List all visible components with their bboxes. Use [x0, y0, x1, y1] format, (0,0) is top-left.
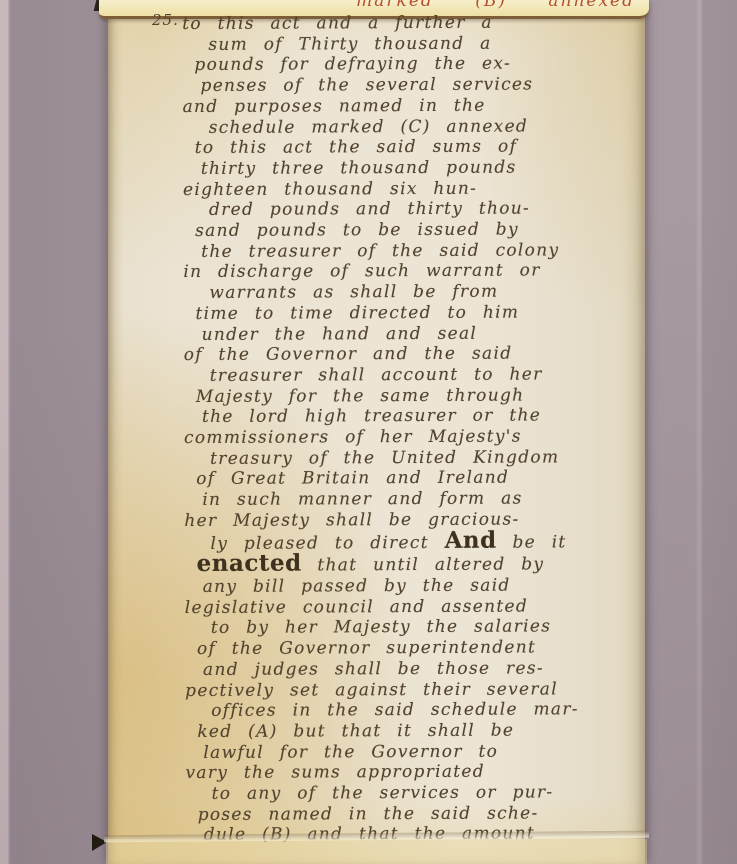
- manuscript-line: the lord high treasurer or the: [202, 405, 646, 428]
- manuscript-line: commissioners of her Majesty's: [184, 426, 646, 449]
- manuscript-line: to by her Majesty the salaries: [211, 616, 647, 639]
- manuscript-line: and purposes named in the: [183, 95, 645, 118]
- manuscript-line: treasurer shall account to her: [210, 364, 646, 387]
- manuscript-line: vary the sums appropriated: [185, 761, 647, 784]
- manuscript-line: to this act the said sums of: [195, 136, 645, 159]
- section-number: 25.: [152, 11, 179, 29]
- manuscript-text: to this act and a further asum of Thirty…: [182, 12, 648, 850]
- manuscript-line: pounds for defraying the ex-: [194, 53, 644, 76]
- manuscript-line: of the Governor superintendent: [197, 637, 647, 660]
- manuscript-line: ked (A) but that it shall be: [197, 720, 647, 743]
- manuscript-line: of Great Britain and Ireland: [196, 467, 646, 490]
- manuscript-line: time to time directed to him: [195, 302, 645, 325]
- manuscript-line: any bill passed by the said: [203, 575, 647, 598]
- manuscript-line: warrants as shall be from: [209, 281, 645, 304]
- manuscript-line: thirty three thousand pounds: [201, 157, 645, 180]
- manuscript-line: of the Governor and the said: [184, 343, 646, 366]
- manuscript-line: and judges shall be those res-: [203, 658, 647, 681]
- manuscript-line: penses of the several services: [200, 74, 644, 97]
- emphasized-word: enacted: [197, 550, 302, 577]
- manuscript-line: eighteen thousand six hun-: [183, 178, 645, 201]
- manuscript-line: pectively set against their several: [185, 678, 647, 701]
- manuscript-line: treasury of the United Kingdom: [210, 447, 646, 470]
- manuscript-line: sand pounds to be issued by: [195, 219, 645, 242]
- manuscript-line: to this act and a further a: [182, 12, 644, 35]
- manuscript-line: lawful for the Governor to: [203, 741, 647, 764]
- manuscript-line: schedule marked (C) annexed: [209, 116, 645, 139]
- manuscript-line: enacted that until altered by: [197, 552, 647, 577]
- manuscript-line: in discharge of such warrant or: [183, 260, 645, 283]
- red-header-fragment: marked (B) annexed: [356, 0, 635, 11]
- manuscript-line: her Majesty shall be gracious-: [184, 509, 646, 532]
- manuscript-line: dred pounds and thirty thou-: [209, 198, 645, 221]
- manuscript-line: poses named in the said sche-: [198, 803, 648, 826]
- manuscript-line: in such manner and form as: [202, 488, 646, 511]
- manuscript-line: the treasurer of the said colony: [201, 240, 645, 263]
- manuscript-line: under the hand and seal: [202, 323, 646, 346]
- emphasized-word: And: [444, 526, 496, 553]
- manuscript-line: offices in the said schedule mar-: [211, 699, 647, 722]
- page-below-fold: [106, 839, 647, 864]
- manuscript-line: to any of the services or pur-: [212, 782, 648, 805]
- manuscript-line: Majesty for the same through: [196, 385, 646, 408]
- manuscript-line: legislative council and assented: [185, 596, 647, 619]
- manuscript-line: sum of Thirty thousand a: [208, 33, 644, 56]
- photograph-scene: marked (B) annexed 25. to this act and a…: [0, 0, 737, 864]
